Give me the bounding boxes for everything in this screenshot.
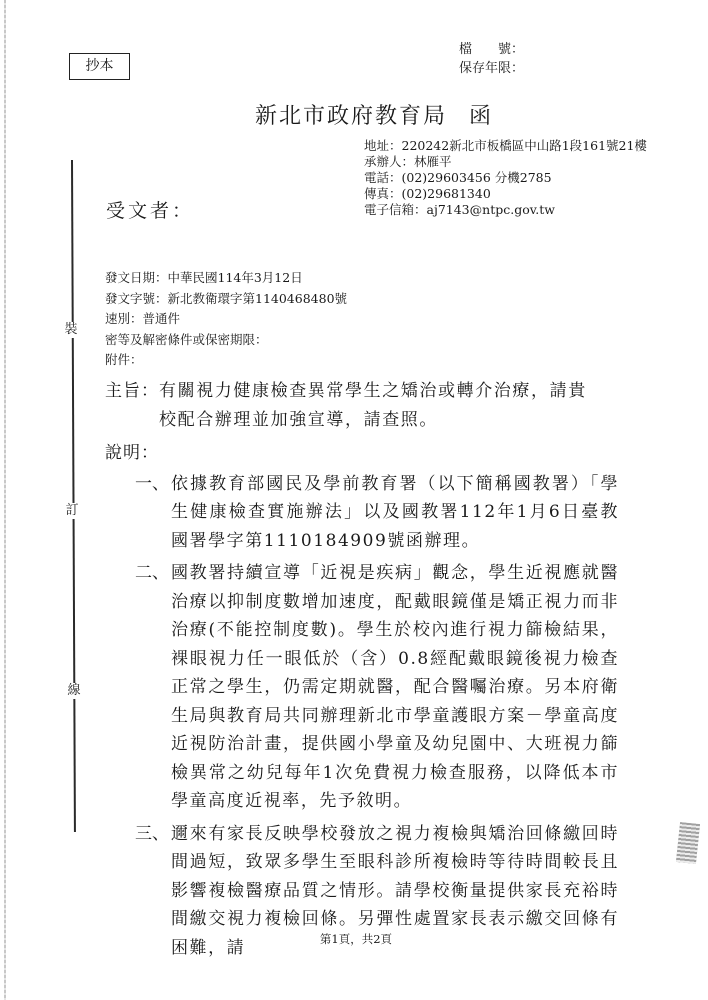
contact-phone: 電話：(02)29603456 分機2785 xyxy=(364,170,647,186)
page-indicator: 第1頁，共2頁 xyxy=(0,931,708,947)
document-body: 主旨： 有關視力健康檢查異常學生之矯治或轉介治療，請貴校配合辦理並加強宣導，請查… xyxy=(105,377,665,962)
file-number-label: 檔 號： xyxy=(459,40,524,59)
document-title: 新北市政府教育局函 xyxy=(0,99,708,130)
dispatch-date: 發文日期：中華民國114年3月12日 xyxy=(105,268,347,289)
subject-text: 有關視力健康檢查異常學生之矯治或轉介治療，請貴校配合辦理並加強宣導，請查照。 xyxy=(159,377,599,434)
item-text: 依據教育部國民及學前教育署（以下簡稱國教署）「學生健康檢查實施辦法」以及國教署1… xyxy=(171,470,619,556)
document-type: 函 xyxy=(469,104,493,129)
contact-fax: 傳真：(02)29681340 xyxy=(364,186,647,202)
contact-address: 地址：220242新北市板橋區中山路1段161號21樓 xyxy=(364,138,647,154)
subject-label: 主旨： xyxy=(105,377,159,434)
item-number: 一、 xyxy=(105,470,171,556)
attachments: 附件： xyxy=(105,350,347,371)
dispatch-number: 發文字號：新北教衛環字第1140468480號 xyxy=(105,289,347,310)
binding-mark-zhuang: 裝 xyxy=(63,322,79,338)
agency-name: 新北市政府教育局 xyxy=(255,104,447,129)
explanation-item: 一、 依據教育部國民及學前教育署（以下簡稱國教署）「學生健康檢查實施辦法」以及國… xyxy=(105,470,665,556)
item-number: 二、 xyxy=(105,559,171,816)
dispatch-meta: 發文日期：中華民國114年3月12日 發文字號：新北教衛環字第114046848… xyxy=(105,268,347,371)
retention-period-label: 保存年限： xyxy=(459,59,524,78)
explanation-item: 二、 國教署持續宣導「近視是疾病」觀念，學生近視應就醫治療以抑制度數增加速度，配… xyxy=(105,559,665,816)
binding-mark-xian: 線 xyxy=(66,683,82,699)
contact-block: 地址：220242新北市板橋區中山路1段161號21樓 承辦人：林雁平 電話：(… xyxy=(364,138,647,218)
binding-line xyxy=(71,160,75,832)
recipient-label: 受文者： xyxy=(106,196,194,223)
barcode-stamp-icon xyxy=(676,822,700,864)
binding-mark-ding: 訂 xyxy=(64,503,80,519)
scan-edge xyxy=(4,0,6,1000)
delivery-speed: 速別：普通件 xyxy=(105,309,347,330)
copy-stamp-box: 抄本 xyxy=(69,53,130,80)
contact-email: 電子信箱：aj7143@ntpc.gov.tw xyxy=(364,202,647,218)
item-text: 國教署持續宣導「近視是疾病」觀念，學生近視應就醫治療以抑制度數增加速度，配戴眼鏡… xyxy=(171,559,619,816)
contact-officer: 承辦人：林雁平 xyxy=(364,154,647,170)
file-meta: 檔 號： 保存年限： xyxy=(459,40,524,78)
explanation-label: 說明： xyxy=(105,439,665,468)
security-level: 密等及解密條件或保密期限： xyxy=(105,330,347,351)
subject-section: 主旨： 有關視力健康檢查異常學生之矯治或轉介治療，請貴校配合辦理並加強宣導，請查… xyxy=(105,377,665,434)
